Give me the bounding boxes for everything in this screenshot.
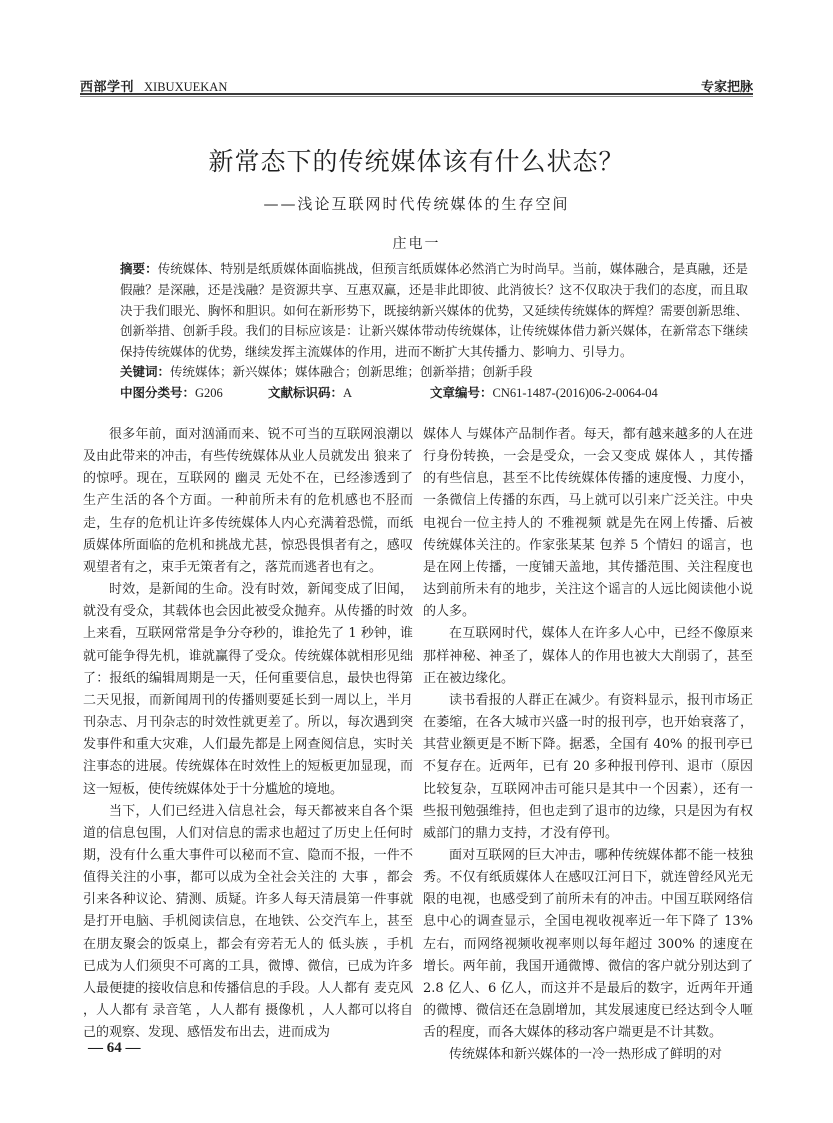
clc-number: 中图分类号：G206 — [120, 383, 223, 401]
paragraph: 传统媒体和新兴媒体的一冷一热形成了鲜明的对 — [423, 1044, 753, 1066]
doc-code-value: A — [343, 386, 352, 400]
keywords-label: 关键词： — [120, 364, 170, 379]
paragraph: 面对互联网的巨大冲击，哪种传统媒体都不能一枝独秀。不仅有纸质媒体人在感叹江河日下… — [423, 845, 753, 1044]
paragraph: 当下，人们已经进入信息社会，每天都被来自各个渠道的信息包围，人们对信息的需求也超… — [83, 801, 413, 1045]
document-code: 文献标识码：A — [268, 383, 352, 401]
page-number: — 64 — — [88, 1040, 141, 1057]
paragraph-continued: 媒体人 与媒体产品制作者。每天，都有越来越多的人在进行身份转换，一会是受众，一会… — [423, 424, 753, 623]
paragraph: 在互联网时代，媒体人在许多人心中，已经不像原来那样神秘、神圣了，媒体人的作用也被… — [423, 623, 753, 689]
article-number: 文章编号：CN61-1487-(2016)06-2-0064-04 — [430, 383, 658, 401]
abstract-label: 摘要： — [120, 261, 158, 276]
article-subtitle: ——浅论互联网时代传统媒体的生存空间 — [0, 193, 833, 214]
doc-code-label: 文献标识码： — [268, 385, 343, 400]
article-no-value: CN61-1487-(2016)06-2-0064-04 — [493, 386, 658, 400]
article-no-label: 文章编号： — [430, 385, 493, 400]
abstract-text: 传统媒体、特别是纸质媒体面临挑战，但预言纸质媒体必然消亡为时尚早。当前，媒体融合… — [120, 261, 748, 359]
clc-label: 中图分类号： — [120, 385, 195, 400]
article-title: 新常态下的传统媒体该有什么状态？ — [0, 142, 833, 178]
body-column-left: 很多年前，面对汹涌而来、锐不可当的互联网浪潮以及由此带来的冲击，有些传统媒体从业… — [83, 424, 413, 1044]
clc-value: G206 — [195, 386, 223, 400]
paragraph: 读书看报的人群正在减少。有资料显示，报刊市场正在萎缩，在各大城市兴盛一时的报刊亭… — [423, 690, 753, 845]
header-rule-thick — [80, 93, 753, 95]
journal-name-en: XIBUXUEKAN — [144, 80, 227, 94]
keywords-text: 传统媒体；新兴媒体；媒体融合；创新思维；创新举措；创新手段 — [170, 364, 533, 379]
header-rule-thin — [80, 96, 753, 97]
paragraph: 时效，是新闻的生命。没有时效，新闻变成了旧闻，就没有受众，其载体也会因此被受众抛… — [83, 579, 413, 801]
article-author: 庄电一 — [0, 233, 833, 253]
body-column-right: 媒体人 与媒体产品制作者。每天，都有越来越多的人在进行身份转换，一会是受众，一会… — [423, 424, 753, 1067]
keywords: 关键词：传统媒体；新兴媒体；媒体融合；创新思维；创新举措；创新手段 — [120, 362, 533, 380]
paragraph: 很多年前，面对汹涌而来、锐不可当的互联网浪潮以及由此带来的冲击，有些传统媒体从业… — [83, 424, 413, 579]
abstract: 摘要：传统媒体、特别是纸质媒体面临挑战，但预言纸质媒体必然消亡为时尚早。当前，媒… — [120, 259, 748, 363]
